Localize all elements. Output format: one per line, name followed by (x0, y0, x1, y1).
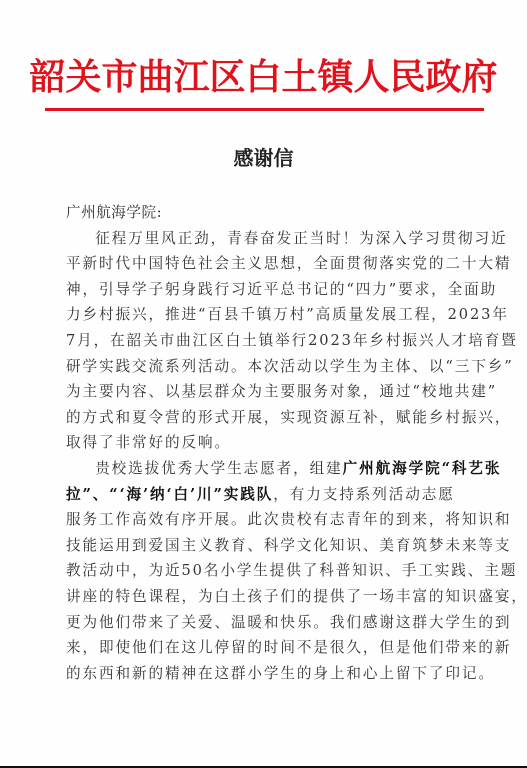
paragraph-line: 研学实践交流系列活动。本次活动以学生为主体、以“三下乡” (66, 354, 462, 380)
paragraph-line: 技能运用到爱国主义教育、科学文化知识、美育筑梦未来等支 (66, 533, 462, 559)
paragraph-line: 来，即使他们在这儿停留的时间不是很久，但是他们带来的新 (66, 635, 462, 661)
paragraph-line: 平新时代中国特色社会主义思想，全面贯彻落实党的二十大精 (66, 251, 462, 277)
paragraph-line: 服务工作高效有序开展。此次贵校有志青年的到来，将知识和 (66, 507, 462, 533)
paragraph-line: 的东西和新的精神在这群小学生的身上和心上留下了印记。 (66, 661, 462, 687)
paragraph-text: ，有力支持系列活动志愿 (273, 486, 454, 503)
paragraph-line: 教活动中，为近50名小学生提供了科普知识、手工实践、主题 (66, 558, 462, 584)
letter-body: 广州航海学院: 征程万里风正劲，青春奋发正当时！为深入学习贯彻习近 平新时代中国… (66, 200, 462, 686)
paragraph-line: 7月，在韶关市曲江区白土镇举行2023年乡村振兴人才培育暨 (66, 328, 462, 354)
letter-page: 韶关市曲江区白土镇人民政府 感谢信 广州航海学院: 征程万里风正劲，青春奋发正当… (0, 0, 527, 766)
letterhead-organization: 韶关市曲江区白土镇人民政府 (0, 56, 527, 98)
paragraph-1: 征程万里风正劲，青春奋发正当时！为深入学习贯彻习近 平新时代中国特色社会主义思想… (66, 226, 462, 456)
paragraph-line: 拉”、“‘海’纳‘白’川”实践队，有力支持系列活动志愿 (66, 482, 462, 508)
paragraph-line: 神，引导学子躬身践行习近平总书记的“四力”要求，全面助 (66, 277, 462, 303)
paragraph-line: 讲座的特色课程，为白土孩子们的提供了一场丰富的知识盛宴， (66, 584, 462, 610)
paragraph-line: 的方式和夏令营的形式开展，实现资源互补，赋能乡村振兴， (66, 405, 462, 431)
paragraph-line: 取得了非常好的反响。 (66, 430, 462, 456)
salutation: 广州航海学院: (66, 200, 462, 226)
paragraph-line: 为主要内容、以基层群众为主要服务对象，通过“校地共建” (66, 379, 462, 405)
paragraph-line: 贵校选拔优秀大学生志愿者，组建广州航海学院“科艺张 (66, 456, 462, 482)
letterhead-red-divider (45, 108, 484, 111)
team-name-bold: 拉”、“‘海’纳‘白’川”实践队 (66, 486, 273, 503)
paragraph-2: 贵校选拔优秀大学生志愿者，组建广州航海学院“科艺张 拉”、“‘海’纳‘白’川”实… (66, 456, 462, 686)
paragraph-line: 征程万里风正劲，青春奋发正当时！为深入学习贯彻习近 (66, 226, 462, 252)
paragraph-text: 贵校选拔优秀大学生志愿者，组建 (95, 460, 342, 477)
team-name-bold: 广州航海学院“科艺张 (343, 460, 502, 477)
paragraph-line: 更为他们带来了关爱、温暖和快乐。我们感谢这群大学生的到 (66, 610, 462, 636)
document-title: 感谢信 (0, 145, 527, 171)
paragraph-line: 力乡村振兴，推进“百县千镇万村”高质量发展工程，2023年 (66, 302, 462, 328)
